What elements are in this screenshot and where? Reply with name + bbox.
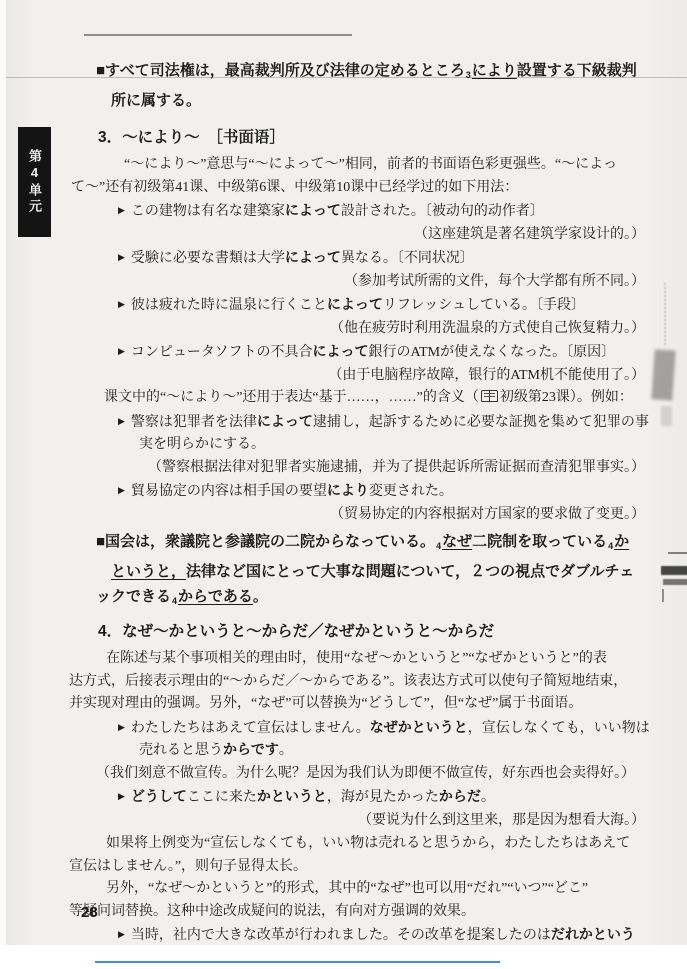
scan-bleed-artifact [661,566,687,575]
example-translation: （贸易协定的内容根据对方国家的要求做了变更。） [69,504,647,527]
example-translation: （这座建筑是著名建筑学家设计的。） [69,224,647,247]
explanation-line: 达方式，后接表示理由的“～からだ／～からである”。该表达方式可以使句子简短地结束… [69,671,647,694]
triangle-bullet-icon: ▶ [118,252,131,262]
box-sentence-line: ■国会は，衆議院と参議院の二院からなっている。4なぜ二院制を取っている4か [69,529,647,559]
book-page: ■すべて司法権は，最高裁判所及び法律の定めるところ3により設置する下級裁判 所に… [6,0,687,945]
explanation-line: 并实现对理由的强调。另外，“なぜ”可以替换为“どうして”，但“なぜ”属于书面语。 [69,693,647,716]
explanation-line: 宣伝はしません。”，则句子显得太长。 [69,856,647,879]
explanation-line: て～”还有初级第41课、中级第6课、中级第10课中已经学过的如下用法： [69,177,647,200]
explanation-line: 在陈述与某个事项相关的理由时，使用“なぜ～かというと”“なぜかというと”的表 [69,648,647,671]
section-4-heading: 4．なぜ～かというと～からだ／なぜかというと～からだ [69,619,647,645]
triangle-bullet-icon: ▶ [118,791,131,801]
box-sentence-line: というと，法律など国にとって大事な問題について，２つの視点でダブルチェ [69,559,647,584]
triangle-bullet-icon: ▶ [118,722,131,732]
example-jp-line: ▶当時，社内で大きな改革が行われました。その改革を提案したのはだれかという [69,923,647,948]
explanation-line: 等疑问词替换。这种中途改成疑问的说法，有向对方强调的效果。 [69,901,647,924]
example-jp-line: ▶貿易協定の内容は相手国の要望により変更された。 [69,479,647,504]
example-jp-line: 売れると思うからです。 [69,740,647,763]
explanation-line: 如果将上例变为“宣伝しなくても，いい物は売れると思うから，わたしたちはあえて [69,833,647,856]
page-content: ■すべて司法権は，最高裁判所及び法律の定めるところ3により設置する下級裁判 所に… [69,58,647,948]
box-sentence-line: ■すべて司法権は，最高裁判所及び法律の定めるところ3により設置する下級裁判 [69,58,647,88]
example-jp-line: ▶彼は疲れた時に温泉に行くことによってリフレッシュしている。〔手段〕 [69,293,647,318]
scan-bleed-artifact [664,283,668,345]
example-jp-line: ▶どうしてここに来たかというと，海が見たかったからだ。 [69,785,647,810]
triangle-bullet-icon: ▶ [118,205,131,215]
triangle-bullet-icon: ▶ [118,346,131,356]
example-jp-line: ▶受験に必要な書類は大学によって異なる。〔不同状况〕 [69,246,647,271]
scan-bleed-artifact [651,349,675,400]
grammar-ref-number: 3 [465,70,472,80]
bottom-margin [0,945,687,969]
triangle-bullet-icon: ▶ [118,485,131,495]
unit-tab: 第4单元 [18,127,51,237]
explanation-line: 另外，“なぜ～かというと”的形式，其中的“なぜ”也可以用“だれ”“いつ”“どこ” [69,878,647,901]
explanation-line: 课文中的“～により～”还用于表达“基于……，……”的含义（初级第23课）。例如： [69,387,647,410]
example-translation: （警察根据法律对犯罪者实施逮捕，并为了提供起诉所需证据而查清犯罪事实。） [69,457,647,480]
scan-bleed-artifact [668,552,687,554]
example-translation: （要说为什么到这里来，那是因为想看大海。） [69,810,647,833]
example-translation: （我们刻意不做宣传。为什么呢？是因为我们认为即便不做宣传，好东西也会卖得好。） [69,763,647,786]
grammar-box-diet: ■国会は，衆議院と参議院の二院からなっている。4なぜ二院制を取っている4か とい… [69,529,647,614]
bottom-blue-line [95,961,500,963]
top-rule-line [84,34,352,36]
grammar-ref-number: 4 [171,596,178,606]
example-jp-line: 実を明らかにする。 [69,434,647,457]
triangle-bullet-icon: ▶ [118,416,131,426]
scan-bleed-artifact [661,406,672,426]
section-3-heading: 3．～により～ ［书面语］ [69,125,647,151]
explanation-line: “～により～”意思与“～によって～”相同，前者的书面语色彩更强些。“～によっ [69,154,647,177]
triangle-bullet-icon: ▶ [118,299,131,309]
grammar-box-judicial: ■すべて司法権は，最高裁判所及び法律の定めるところ3により設置する下級裁判 所に… [69,58,647,113]
example-translation: （他在疲劳时利用洗温泉的方式使自己恢复精力。） [69,318,647,341]
example-jp-line: ▶コンピュータソフトの不具合によって銀行のATMが使えなくなった。〔原因〕 [69,340,647,365]
example-translation: （参加考试所需的文件，每个大学都有所不同。） [69,271,647,294]
example-jp-line: ▶わたしたちはあえて宣伝はしません。なぜかというと，宣伝しなくても，いい物は [69,716,647,741]
box-sentence-line: ックできる4からである。 [69,584,647,614]
book-icon [481,390,498,402]
box-sentence-line: 所に属する。 [69,88,647,113]
example-jp-line: ▶警察は犯罪者を法律によって逮捕し，起訴するために必要な証拠を集めて犯罪の事 [69,410,647,435]
scan-bleed-artifact [662,589,664,602]
page-number: 28 [81,904,98,921]
triangle-bullet-icon: ▶ [118,929,131,939]
scan-bleed-artifact [663,579,687,585]
example-translation: （由于电脑程序故障，银行的ATM机不能使用了。） [69,365,647,388]
example-jp-line: ▶この建物は有名な建築家によって設計された。〔被动句的动作者〕 [69,199,647,224]
